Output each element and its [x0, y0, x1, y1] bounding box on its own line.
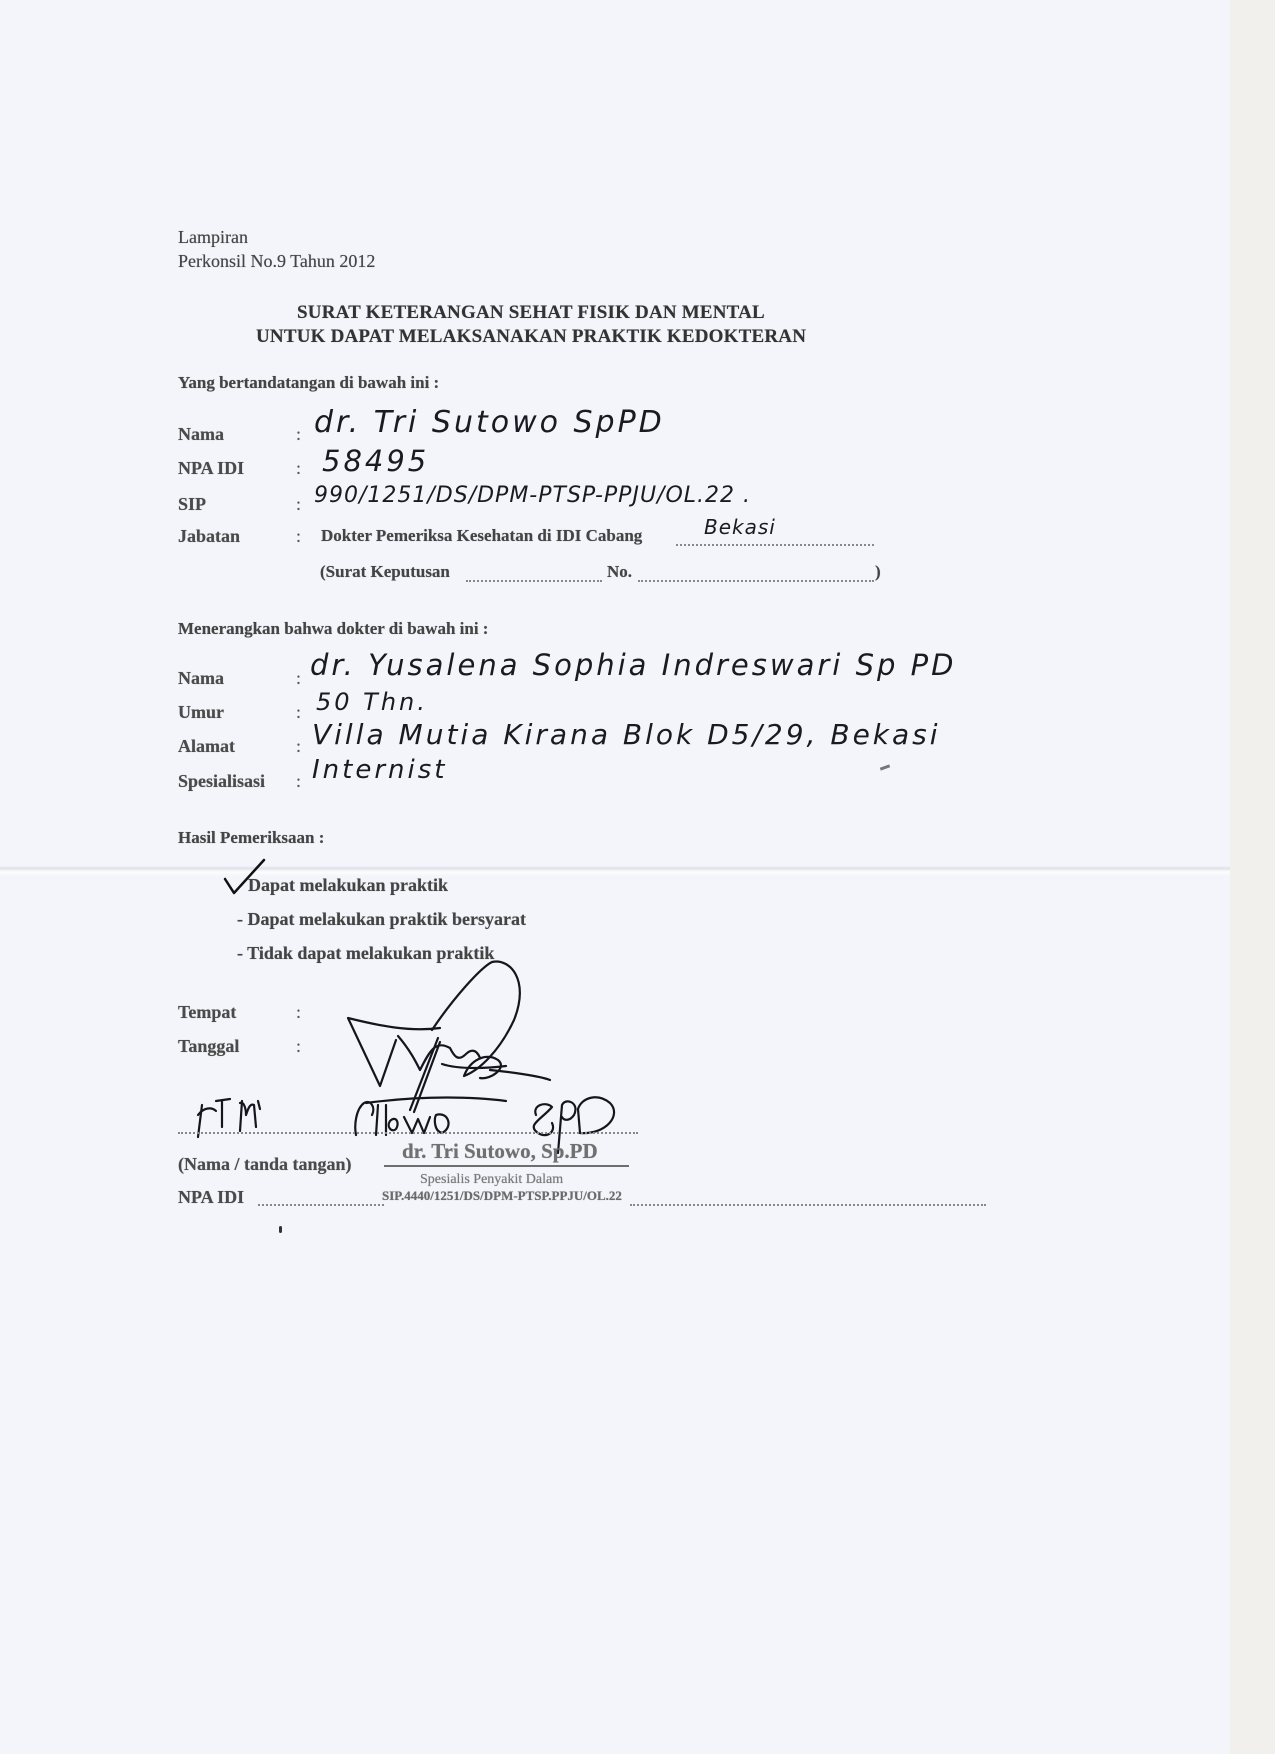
field-label: Umur — [178, 702, 224, 723]
handwritten-value: 58495 — [322, 444, 429, 478]
result-option-fit: Dapat melakukan praktik — [248, 875, 448, 896]
regulation-reference: Perkonsil No.9 Tahun 2012 — [178, 251, 375, 272]
field-label: Alamat — [178, 736, 235, 757]
field-label: Nama — [178, 668, 224, 689]
field-label: SIP — [178, 494, 206, 515]
decree-no-fill-line — [638, 580, 874, 582]
stamp-doctor-name: dr. Tri Sutowo, Sp.PD — [402, 1139, 598, 1164]
field-colon: : — [296, 771, 301, 792]
name-fill-line — [178, 1132, 638, 1134]
npa-fill-line-right — [630, 1204, 986, 1206]
handwritten-value: 990/1251/DS/DPM-PTSP-PPJU/OL.22 . — [314, 483, 751, 508]
handwritten-value: Internist — [312, 755, 447, 785]
field-label: Spesialisasi — [178, 771, 265, 792]
handwritten-value: dr. Yusalena Sophia Indreswari Sp PD — [310, 648, 956, 682]
name-sign-label: (Nama / tanda tangan) — [178, 1154, 352, 1175]
field-label: NPA IDI — [178, 458, 244, 479]
place-colon: : — [296, 1002, 301, 1023]
field-label: Jabatan — [178, 526, 240, 547]
handwritten-branch: Bekasi — [704, 515, 776, 539]
signatory-intro: Yang bertandatangan di bawah ini : — [178, 373, 439, 393]
field-colon: : — [296, 424, 301, 445]
field-colon: : — [296, 668, 301, 689]
result-label: Hasil Pemeriksaan : — [178, 828, 324, 848]
field-label: Nama — [178, 424, 224, 445]
handwritten-value: dr. Tri Sutowo SpPD — [314, 405, 665, 440]
decree-label: (Surat Keputusan — [320, 562, 450, 582]
place-label: Tempat — [178, 1002, 236, 1023]
handwritten-value: Villa Mutia Kirana Blok D5/29, Bekasi — [312, 718, 941, 751]
date-colon: : — [296, 1036, 301, 1057]
decree-fill-line — [466, 580, 602, 582]
npa-idi-label: NPA IDI — [178, 1187, 244, 1208]
stamp-sip: SIP.4440/1251/DS/DPM-PTSP.PPJU/OL.22 — [382, 1188, 622, 1204]
jabatan-text: Dokter Pemeriksa Kesehatan di IDI Cabang — [321, 526, 642, 546]
document-title-line1: SURAT KETERANGAN SEHAT FISIK DAN MENTAL — [297, 302, 765, 324]
document-page: Lampiran Perkonsil No.9 Tahun 2012 SURAT… — [0, 0, 1230, 1754]
npa-fill-line-left — [258, 1204, 384, 1206]
fill-line — [676, 544, 874, 546]
field-colon: : — [296, 494, 301, 515]
document-title-line2: UNTUK DAPAT MELAKSANAKAN PRAKTIK KEDOKTE… — [256, 326, 806, 348]
paper-speck — [279, 1226, 282, 1233]
result-option-conditional: - Dapat melakukan praktik bersyarat — [237, 909, 526, 930]
field-colon: : — [296, 702, 301, 723]
field-colon: : — [296, 526, 301, 547]
date-label: Tanggal — [178, 1036, 239, 1057]
stamp-underline — [384, 1165, 629, 1167]
decree-close: ) — [875, 562, 881, 582]
field-colon: : — [296, 736, 301, 757]
stamp-specialty: Spesialis Penyakit Dalam — [420, 1172, 563, 1188]
subject-intro: Menerangkan bahwa dokter di bawah ini : — [178, 619, 488, 639]
handwritten-value: 50 Thn. — [316, 688, 428, 716]
decree-no-label: No. — [607, 562, 632, 582]
attachment-label: Lampiran — [178, 227, 248, 248]
field-colon: : — [296, 458, 301, 479]
paper-speck — [880, 764, 890, 770]
